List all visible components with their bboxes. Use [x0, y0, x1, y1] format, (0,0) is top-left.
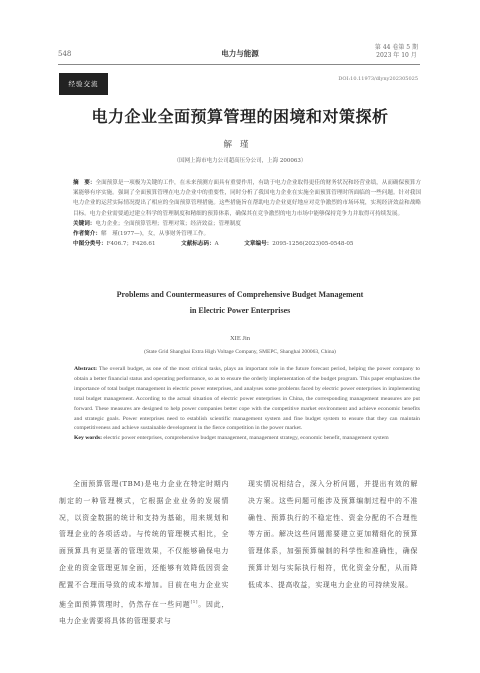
- abstract-cn-text: 全面预算是一项极为关键的工作，在未来预测方面具有重要作用，有助于电力企业取得更佳…: [73, 180, 421, 217]
- title-cn: 电力企业全面预算管理的困境和对策探析: [0, 104, 480, 127]
- affiliation-cn: （国网上海市电力公司超高压分公司，上海 200063）: [0, 156, 480, 164]
- abstract-en-label: Abstract:: [74, 366, 97, 372]
- body-column-left: 全面预算管理(TBM)是电力企业在特定时期内制定的一种管理模式，它根据企业业务的…: [59, 476, 229, 629]
- author-en: XIE Jin: [0, 335, 480, 342]
- author-cn: 解瑾: [0, 138, 480, 150]
- article-id: 2095-1256(2023)05-0548-05: [272, 241, 353, 247]
- abstract-en: Abstract: The overall budget, as one of …: [74, 365, 420, 444]
- affiliation-en: (State Grid Shanghai Extra High Voltage …: [0, 349, 480, 355]
- keywords-en-label: Key words:: [74, 435, 102, 441]
- section-badge: 经验交流: [59, 73, 108, 95]
- abstract-cn-label: 摘 要：: [73, 180, 95, 186]
- clc-label: 中图分类号：: [73, 241, 107, 247]
- title-en-line2: in Electric Power Enterprises: [0, 306, 480, 315]
- doi[interactable]: DOI:10.11973/dlyny202305025: [338, 76, 418, 82]
- citation-ref[interactable]: [1]: [191, 599, 198, 604]
- clc: F406.7；F426.61: [107, 241, 156, 247]
- volume-issue-text: 第 44 卷第 5 期: [375, 44, 418, 52]
- article-id-label: 文章编号：: [244, 241, 272, 247]
- title-en-line1: Problems and Countermeasures of Comprehe…: [0, 290, 480, 299]
- author-bio: 解 瑾(1977—)，女，从事财务管理工作。: [101, 231, 209, 237]
- author-bio-label: 作者简介：: [73, 231, 101, 237]
- doc-code: A: [215, 241, 219, 247]
- keywords-cn: 电力企业；全面预算管理；管理对策；经济效益；管理制度: [95, 221, 240, 227]
- header-divider: [58, 64, 420, 65]
- abstract-cn: 摘 要：全面预算是一项极为关键的工作，在未来预测方面具有重要作用，有助于电力企业…: [73, 178, 421, 249]
- keywords-cn-label: 关键词：: [73, 221, 95, 227]
- issue-date: 2023 年 10 月: [375, 52, 418, 60]
- body-column-right: 现实情况相结合，深入分析问题，并提出有效的解决方案。这些问题可能涉及预算编制过程…: [248, 476, 418, 594]
- abstract-en-text: The overall budget, as one of the most c…: [74, 366, 420, 431]
- doc-code-label: 文献标志码：: [181, 241, 215, 247]
- body-col1-text: 全面预算管理(TBM)是电力企业在特定时期内制定的一种管理模式，它根据企业业务的…: [59, 480, 229, 608]
- keywords-en: electric power enterprises, comprehensiv…: [103, 435, 388, 441]
- volume-issue: 第 44 卷第 5 期 2023 年 10 月: [375, 44, 418, 60]
